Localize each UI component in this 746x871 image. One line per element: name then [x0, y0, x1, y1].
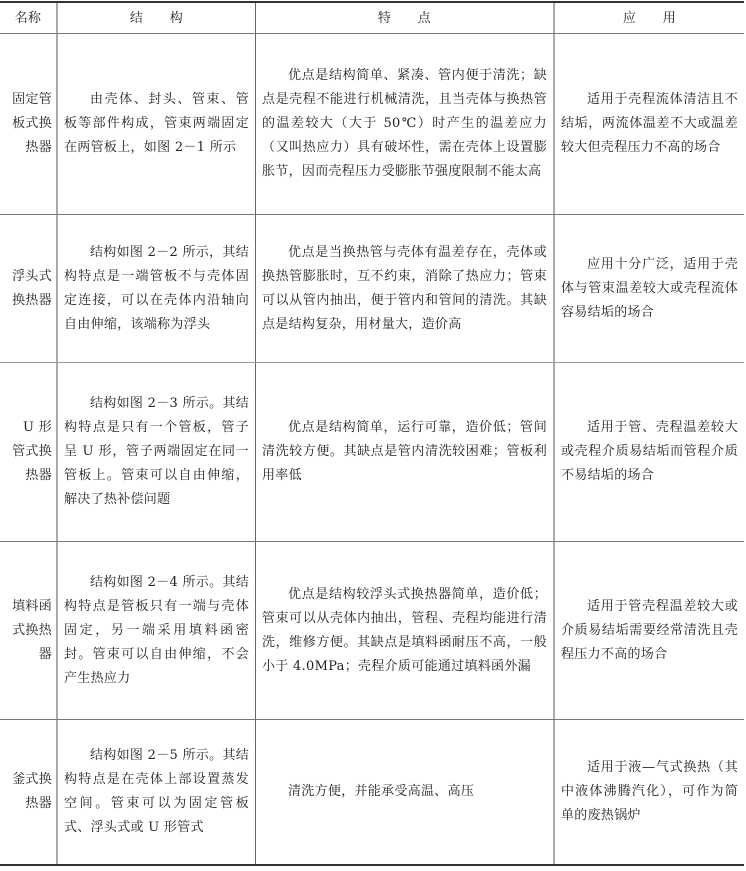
row-name-text: 浮头式 换热器 — [0, 265, 52, 313]
table-row-structure: 由壳体、封头、管束、管板等部件构成，管束两端固定在两管板上，如图 2－1 所示 — [58, 34, 255, 214]
table-row-application: 应用十分广泛，适用于壳体与管束温差较大或壳程流体容易结垢的场合 — [555, 215, 744, 362]
row-features-text: 清洗方便，并能承受高温、高压 — [262, 780, 547, 804]
row-structure-text: 结构如图 2－5 所示。其结构特点是在壳体上部设置蒸发空间。管束可以为固定管板式… — [64, 744, 249, 840]
table-row-application: 适用于液—气式换热（其中液体沸腾汽化），可作为简单的废热锅炉 — [555, 720, 744, 864]
row-structure-text: 结构如图 2－3 所示。其结构特点是只有一个管板，管子呈 U 形，管子两端固定在… — [64, 392, 249, 512]
table-row-application: 适用于管、壳程温差较大或壳程介质易结垢而管程介质不易结垢的场合 — [555, 363, 744, 541]
header-name: 名称 — [0, 4, 56, 33]
table-row-name: 釜式换热器 — [0, 720, 56, 864]
table-row-features: 清洗方便，并能承受高温、高压 — [256, 720, 553, 864]
table-row-structure: 结构如图 2－3 所示。其结构特点是只有一个管板，管子呈 U 形，管子两端固定在… — [58, 363, 255, 541]
row-application-text: 应用十分广泛，适用于壳体与管束温差较大或壳程流体容易结垢的场合 — [561, 253, 738, 325]
table-row-features: 优点是结构简单、紧凑、管内便于清洗；缺点是壳程不能进行机械清洗，且当壳体与换热管… — [256, 34, 553, 214]
row-application-text: 适用于液—气式换热（其中液体沸腾汽化），可作为简单的废热锅炉 — [561, 756, 738, 828]
table-row-structure: 结构如图 2－2 所示，其结构特点是一端管板不与壳体固定连接，可以在壳体内沿轴向… — [58, 215, 255, 362]
table-row-structure: 结构如图 2－4 所示。其结构特点是管板只有一端与壳体固定，另一端采用填料函密封… — [58, 542, 255, 719]
row-features-text: 优点是当换热管与壳体有温差存在，壳体或换热管膨胀时，互不约束，消除了热应力；管束… — [262, 241, 547, 337]
row-name-text: U 形管式换热器 — [0, 416, 52, 488]
row-structure-text: 由壳体、封头、管束、管板等部件构成，管束两端固定在两管板上，如图 2－1 所示 — [64, 88, 249, 160]
table-bottom-rule — [0, 864, 744, 866]
row-features-text: 优点是结构简单，运行可靠，造价低；管间清洗较方便。其缺点是管内清洗较困难；管板利… — [262, 416, 547, 488]
row-name-text: 填料函式换热器 — [0, 595, 52, 667]
table-row-name: U 形管式换热器 — [0, 363, 56, 541]
row-structure-text: 结构如图 2－2 所示，其结构特点是一端管板不与壳体固定连接，可以在壳体内沿轴向… — [64, 241, 249, 337]
table-row-name: 填料函式换热器 — [0, 542, 56, 719]
table-row-features: 优点是结构较浮头式换热器简单，造价低；管束可以从壳体内抽出，管程、壳程均能进行清… — [256, 542, 553, 719]
row-name-text: 釜式换热器 — [0, 768, 52, 816]
header-structure: 结 构 — [58, 4, 255, 33]
row-application-text: 适用于管壳程温差较大或介质易结垢需要经常清洗且壳程压力不高的场合 — [561, 595, 738, 667]
header-features: 特 点 — [256, 4, 553, 33]
row-name-text: 固定管板式换热器 — [0, 88, 52, 160]
row-application-text: 适用于壳程流体清洁且不结垢，两流体温差不大或温差较大但壳程压力不高的场合 — [561, 88, 738, 160]
table-row-structure: 结构如图 2－5 所示。其结构特点是在壳体上部设置蒸发空间。管束可以为固定管板式… — [58, 720, 255, 864]
table-row-features: 优点是结构简单，运行可靠，造价低；管间清洗较方便。其缺点是管内清洗较困难；管板利… — [256, 363, 553, 541]
table-row-name: 浮头式 换热器 — [0, 215, 56, 362]
row-features-text: 优点是结构较浮头式换热器简单，造价低；管束可以从壳体内抽出，管程、壳程均能进行清… — [262, 583, 547, 679]
row-application-text: 适用于管、壳程温差较大或壳程介质易结垢而管程介质不易结垢的场合 — [561, 416, 738, 488]
table-row-application: 适用于管壳程温差较大或介质易结垢需要经常清洗且壳程压力不高的场合 — [555, 542, 744, 719]
table-top-rule — [0, 1, 744, 3]
table-row-application: 适用于壳程流体清洁且不结垢，两流体温差不大或温差较大但壳程压力不高的场合 — [555, 34, 744, 214]
table-row-features: 优点是当换热管与壳体有温差存在，壳体或换热管膨胀时，互不约束，消除了热应力；管束… — [256, 215, 553, 362]
row-structure-text: 结构如图 2－4 所示。其结构特点是管板只有一端与壳体固定，另一端采用填料函密封… — [64, 571, 249, 691]
header-application: 应 用 — [555, 4, 744, 33]
table-row-name: 固定管板式换热器 — [0, 34, 56, 214]
row-features-text: 优点是结构简单、紧凑、管内便于清洗；缺点是壳程不能进行机械清洗，且当壳体与换热管… — [262, 64, 547, 184]
